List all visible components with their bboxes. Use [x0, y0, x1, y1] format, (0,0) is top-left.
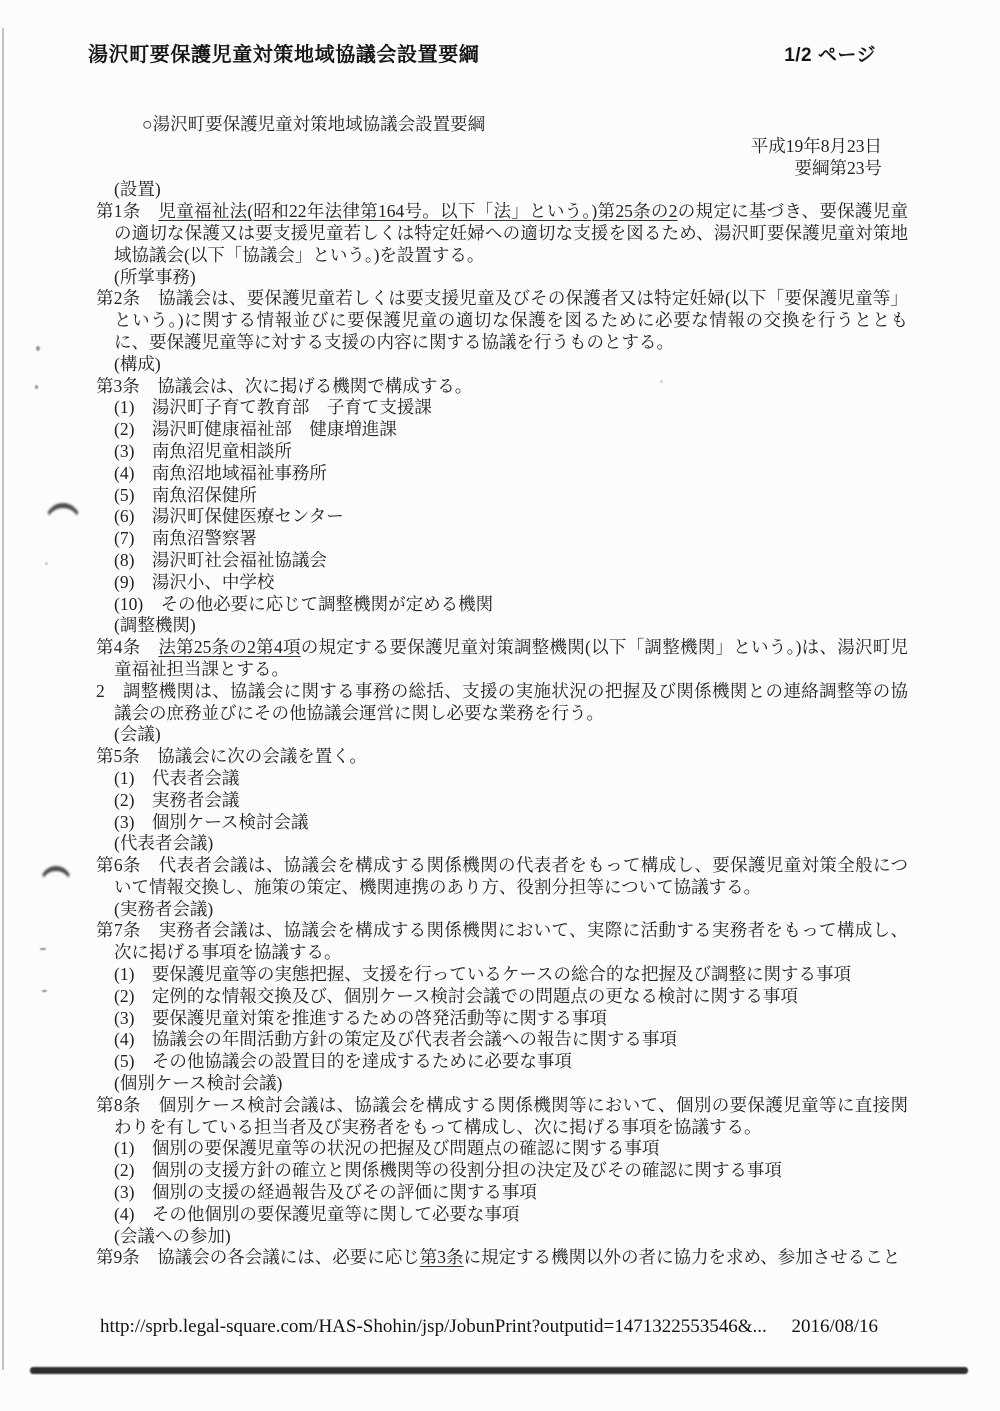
footer-url: http://sprb.legal-square.com/HAS-Shohin/…: [100, 1316, 767, 1338]
text-run: 第6条 代表者会議は、協議会を構成する関係機関の代表者をもって構成し、要保護児童…: [96, 855, 908, 897]
text-run: 第3条 協議会は、次に掲げる機関で構成する。: [96, 376, 472, 396]
text-run: (2) 個別の支援方針の確立と関係機関等の役割分担の決定及びその確認に関する事項: [114, 1160, 782, 1180]
text-run: 2 調整機関は、協議会に関する事務の総括、支援の実施状況の把握及び関係機関との連…: [96, 681, 908, 723]
scan-speck-artifact: [660, 380, 663, 383]
text-run: 第2条 協議会は、要保護児童若しくは要支援児童及びその保護者又は特定妊婦(以下「…: [96, 288, 908, 352]
section-label: (会議への参加): [96, 1226, 908, 1248]
section-label: (調整機関): [96, 615, 908, 637]
print-header-title: 湯沢町要保護児童対策地域協議会設置要綱: [88, 38, 479, 67]
scan-speck-artifact: [42, 990, 47, 992]
list-item: (7) 南魚沼警察署: [96, 528, 908, 550]
text-run: (3) 南魚沼児童相談所: [114, 441, 292, 461]
document-date: 平成19年8月23日: [96, 136, 908, 158]
text-run: (5) その他協議会の設置目的を達成するために必要な事項: [114, 1051, 572, 1071]
print-footer: http://sprb.legal-square.com/HAS-Shohin/…: [100, 1316, 878, 1338]
article-paragraph: 第6条 代表者会議は、協議会を構成する関係機関の代表者をもって構成し、要保護児童…: [96, 855, 908, 899]
list-item: (1) 要保護児童等の実態把握、支援を行っているケースの総合的な把握及び調整に関…: [96, 964, 908, 986]
statute-reference-underlined: 児童福祉法(昭和22年法律第164号。以下「法」という。)第25条の2: [158, 201, 677, 221]
scan-speck-artifact: [45, 562, 48, 565]
binder-hole-artifact: [39, 866, 73, 886]
text-run: (所掌事務): [114, 267, 196, 287]
binder-hole-artifact: [44, 503, 82, 525]
list-item: (5) 南魚沼保健所: [96, 485, 908, 507]
text-run: (2) 実務者会議: [114, 790, 239, 810]
text-run: (4) その他個別の要保護児童等に関して必要な事項: [114, 1204, 519, 1224]
text-run: (3) 個別の支援の経過報告及びその評価に関する事項: [114, 1182, 537, 1202]
statute-reference-underlined: 第3条: [420, 1247, 464, 1267]
text-run: (2) 湯沢町健康福祉部 健康増進課: [114, 419, 397, 439]
list-item: (1) 個別の要保護児童等の状況の把握及び問題点の確認に関する事項: [96, 1138, 908, 1160]
text-run: (代表者会議): [114, 833, 213, 853]
text-run: (4) 協議会の年間活動方針の策定及び代表者会議への報告に関する事項: [114, 1029, 677, 1049]
text-run: 第9条 協議会の各会議には、必要に応じ: [96, 1247, 420, 1267]
list-item: (9) 湯沢小、中学校: [96, 572, 908, 594]
section-label: (代表者会議): [96, 833, 908, 855]
list-item: (1) 湯沢町子育て教育部 子育て支援課: [96, 397, 908, 419]
article-paragraph: 第9条 協議会の各会議には、必要に応じ第3条に規定する機関以外の者に協力を求め、…: [96, 1247, 908, 1269]
section-label: (構成): [96, 354, 908, 376]
section-label: (設置): [96, 179, 908, 201]
text-run: (構成): [114, 354, 161, 374]
list-item: (4) 協議会の年間活動方針の策定及び代表者会議への報告に関する事項: [96, 1029, 908, 1051]
section-label: (実務者会議): [96, 899, 908, 921]
article-paragraph: 第1条 児童福祉法(昭和22年法律第164号。以下「法」という。)第25条の2の…: [96, 201, 908, 266]
article-paragraph: 第7条 実務者会議は、協議会を構成する関係機関において、実際に活動する実務者をも…: [96, 920, 908, 964]
article-paragraph: 第2条 協議会は、要保護児童若しくは要支援児童及びその保護者又は特定妊婦(以下「…: [96, 288, 908, 353]
print-header: 湯沢町要保護児童対策地域協議会設置要綱 1/2 ページ: [88, 38, 876, 67]
list-item: (3) 要保護児童対策を推進するための啓発活動等に関する事項: [96, 1008, 908, 1030]
text-run: (会議への参加): [114, 1226, 231, 1246]
article-paragraph: 2 調整機関は、協議会に関する事務の総括、支援の実施状況の把握及び関係機関との連…: [96, 681, 908, 725]
document-body: ○湯沢町要保護児童対策地域協議会設置要綱 平成19年8月23日 要綱第23号 (…: [96, 114, 908, 1269]
page-indicator: 1/2 ページ: [784, 40, 876, 67]
text-run: (1) 湯沢町子育て教育部 子育て支援課: [114, 397, 432, 417]
text-run: 第7条 実務者会議は、協議会を構成する関係機関において、実際に活動する実務者をも…: [96, 920, 908, 962]
text-run: 第4条: [96, 637, 158, 657]
text-run: (8) 湯沢町社会福祉協議会: [114, 550, 327, 570]
section-label: (所掌事務): [96, 267, 908, 289]
list-item: (3) 個別ケース検討会議: [96, 812, 908, 834]
scan-edge-artifact: [2, 28, 4, 1370]
scan-page-edge-bar: [30, 1367, 968, 1374]
list-item: (2) 個別の支援方針の確立と関係機関等の役割分担の決定及びその確認に関する事項: [96, 1160, 908, 1182]
text-run: (1) 個別の要保護児童等の状況の把握及び問題点の確認に関する事項: [114, 1138, 659, 1158]
text-run: 第1条: [96, 201, 158, 221]
article-paragraph: 第4条 法第25条の2第4項の規定する要保護児童対策調整機関(以下「調整機関」と…: [96, 637, 908, 681]
list-item: (6) 湯沢町保健医療センター: [96, 506, 908, 528]
text-run: (調整機関): [114, 615, 196, 635]
article-paragraph: 第5条 協議会に次の会議を置く。: [96, 746, 908, 768]
text-run: (実務者会議): [114, 899, 213, 919]
text-run: (会議): [114, 724, 161, 744]
list-item: (1) 代表者会議: [96, 768, 908, 790]
text-run: (1) 要保護児童等の実態把握、支援を行っているケースの総合的な把握及び調整に関…: [114, 964, 851, 984]
list-item: (3) 個別の支援の経過報告及びその評価に関する事項: [96, 1182, 908, 1204]
text-run: (設置): [114, 179, 161, 199]
statute-reference-underlined: 法第25条の2第4項: [158, 637, 300, 657]
list-item: (2) 湯沢町健康福祉部 健康増進課: [96, 419, 908, 441]
article-paragraph: 第8条 個別ケース検討会議は、協議会を構成する関係機関等において、個別の要保護児…: [96, 1095, 908, 1139]
list-item: (3) 南魚沼児童相談所: [96, 441, 908, 463]
list-item: (4) 南魚沼地域福祉事務所: [96, 463, 908, 485]
text-run: (10) その他必要に応じて調整機関が定める機関: [114, 594, 493, 614]
text-run: (3) 要保護児童対策を推進するための啓発活動等に関する事項: [114, 1008, 607, 1028]
text-run: 第5条 協議会に次の会議を置く。: [96, 746, 367, 766]
text-run: に規定する機関以外の者に協力を求め、参加させること: [464, 1247, 901, 1267]
scan-speck-artifact: [35, 385, 38, 389]
document-paragraphs: (設置)第1条 児童福祉法(昭和22年法律第164号。以下「法」という。)第25…: [96, 179, 908, 1269]
text-run: (3) 個別ケース検討会議: [114, 812, 309, 832]
scanned-document-page: 湯沢町要保護児童対策地域協議会設置要綱 1/2 ページ ○湯沢町要保護児童対策地…: [0, 0, 1000, 1411]
footer-print-date: 2016/08/16: [791, 1316, 878, 1338]
article-paragraph: 第3条 協議会は、次に掲げる機関で構成する。: [96, 376, 908, 398]
text-run: (6) 湯沢町保健医療センター: [114, 506, 344, 526]
text-run: (9) 湯沢小、中学校: [114, 572, 274, 592]
list-item: (10) その他必要に応じて調整機関が定める機関: [96, 594, 908, 616]
section-label: (会議): [96, 724, 908, 746]
text-run: (7) 南魚沼警察署: [114, 528, 257, 548]
list-item: (2) 実務者会議: [96, 790, 908, 812]
list-item: (8) 湯沢町社会福祉協議会: [96, 550, 908, 572]
document-number: 要綱第23号: [96, 158, 908, 180]
scan-speck-artifact: [40, 948, 46, 950]
text-run: (5) 南魚沼保健所: [114, 485, 257, 505]
text-run: (1) 代表者会議: [114, 768, 239, 788]
list-item: (2) 定例的な情報交換及び、個別ケース検討会議での問題点の更なる検討に関する事…: [96, 986, 908, 1008]
section-label: (個別ケース検討会議): [96, 1073, 908, 1095]
document-title: ○湯沢町要保護児童対策地域協議会設置要綱: [96, 114, 908, 136]
text-run: 第8条 個別ケース検討会議は、協議会を構成する関係機関等において、個別の要保護児…: [96, 1095, 908, 1137]
text-run: (個別ケース検討会議): [114, 1073, 282, 1093]
text-run: (2) 定例的な情報交換及び、個別ケース検討会議での問題点の更なる検討に関する事…: [114, 986, 798, 1006]
list-item: (5) その他協議会の設置目的を達成するために必要な事項: [96, 1051, 908, 1073]
list-item: (4) その他個別の要保護児童等に関して必要な事項: [96, 1204, 908, 1226]
text-run: (4) 南魚沼地域福祉事務所: [114, 463, 327, 483]
scan-speck-artifact: [36, 346, 40, 351]
